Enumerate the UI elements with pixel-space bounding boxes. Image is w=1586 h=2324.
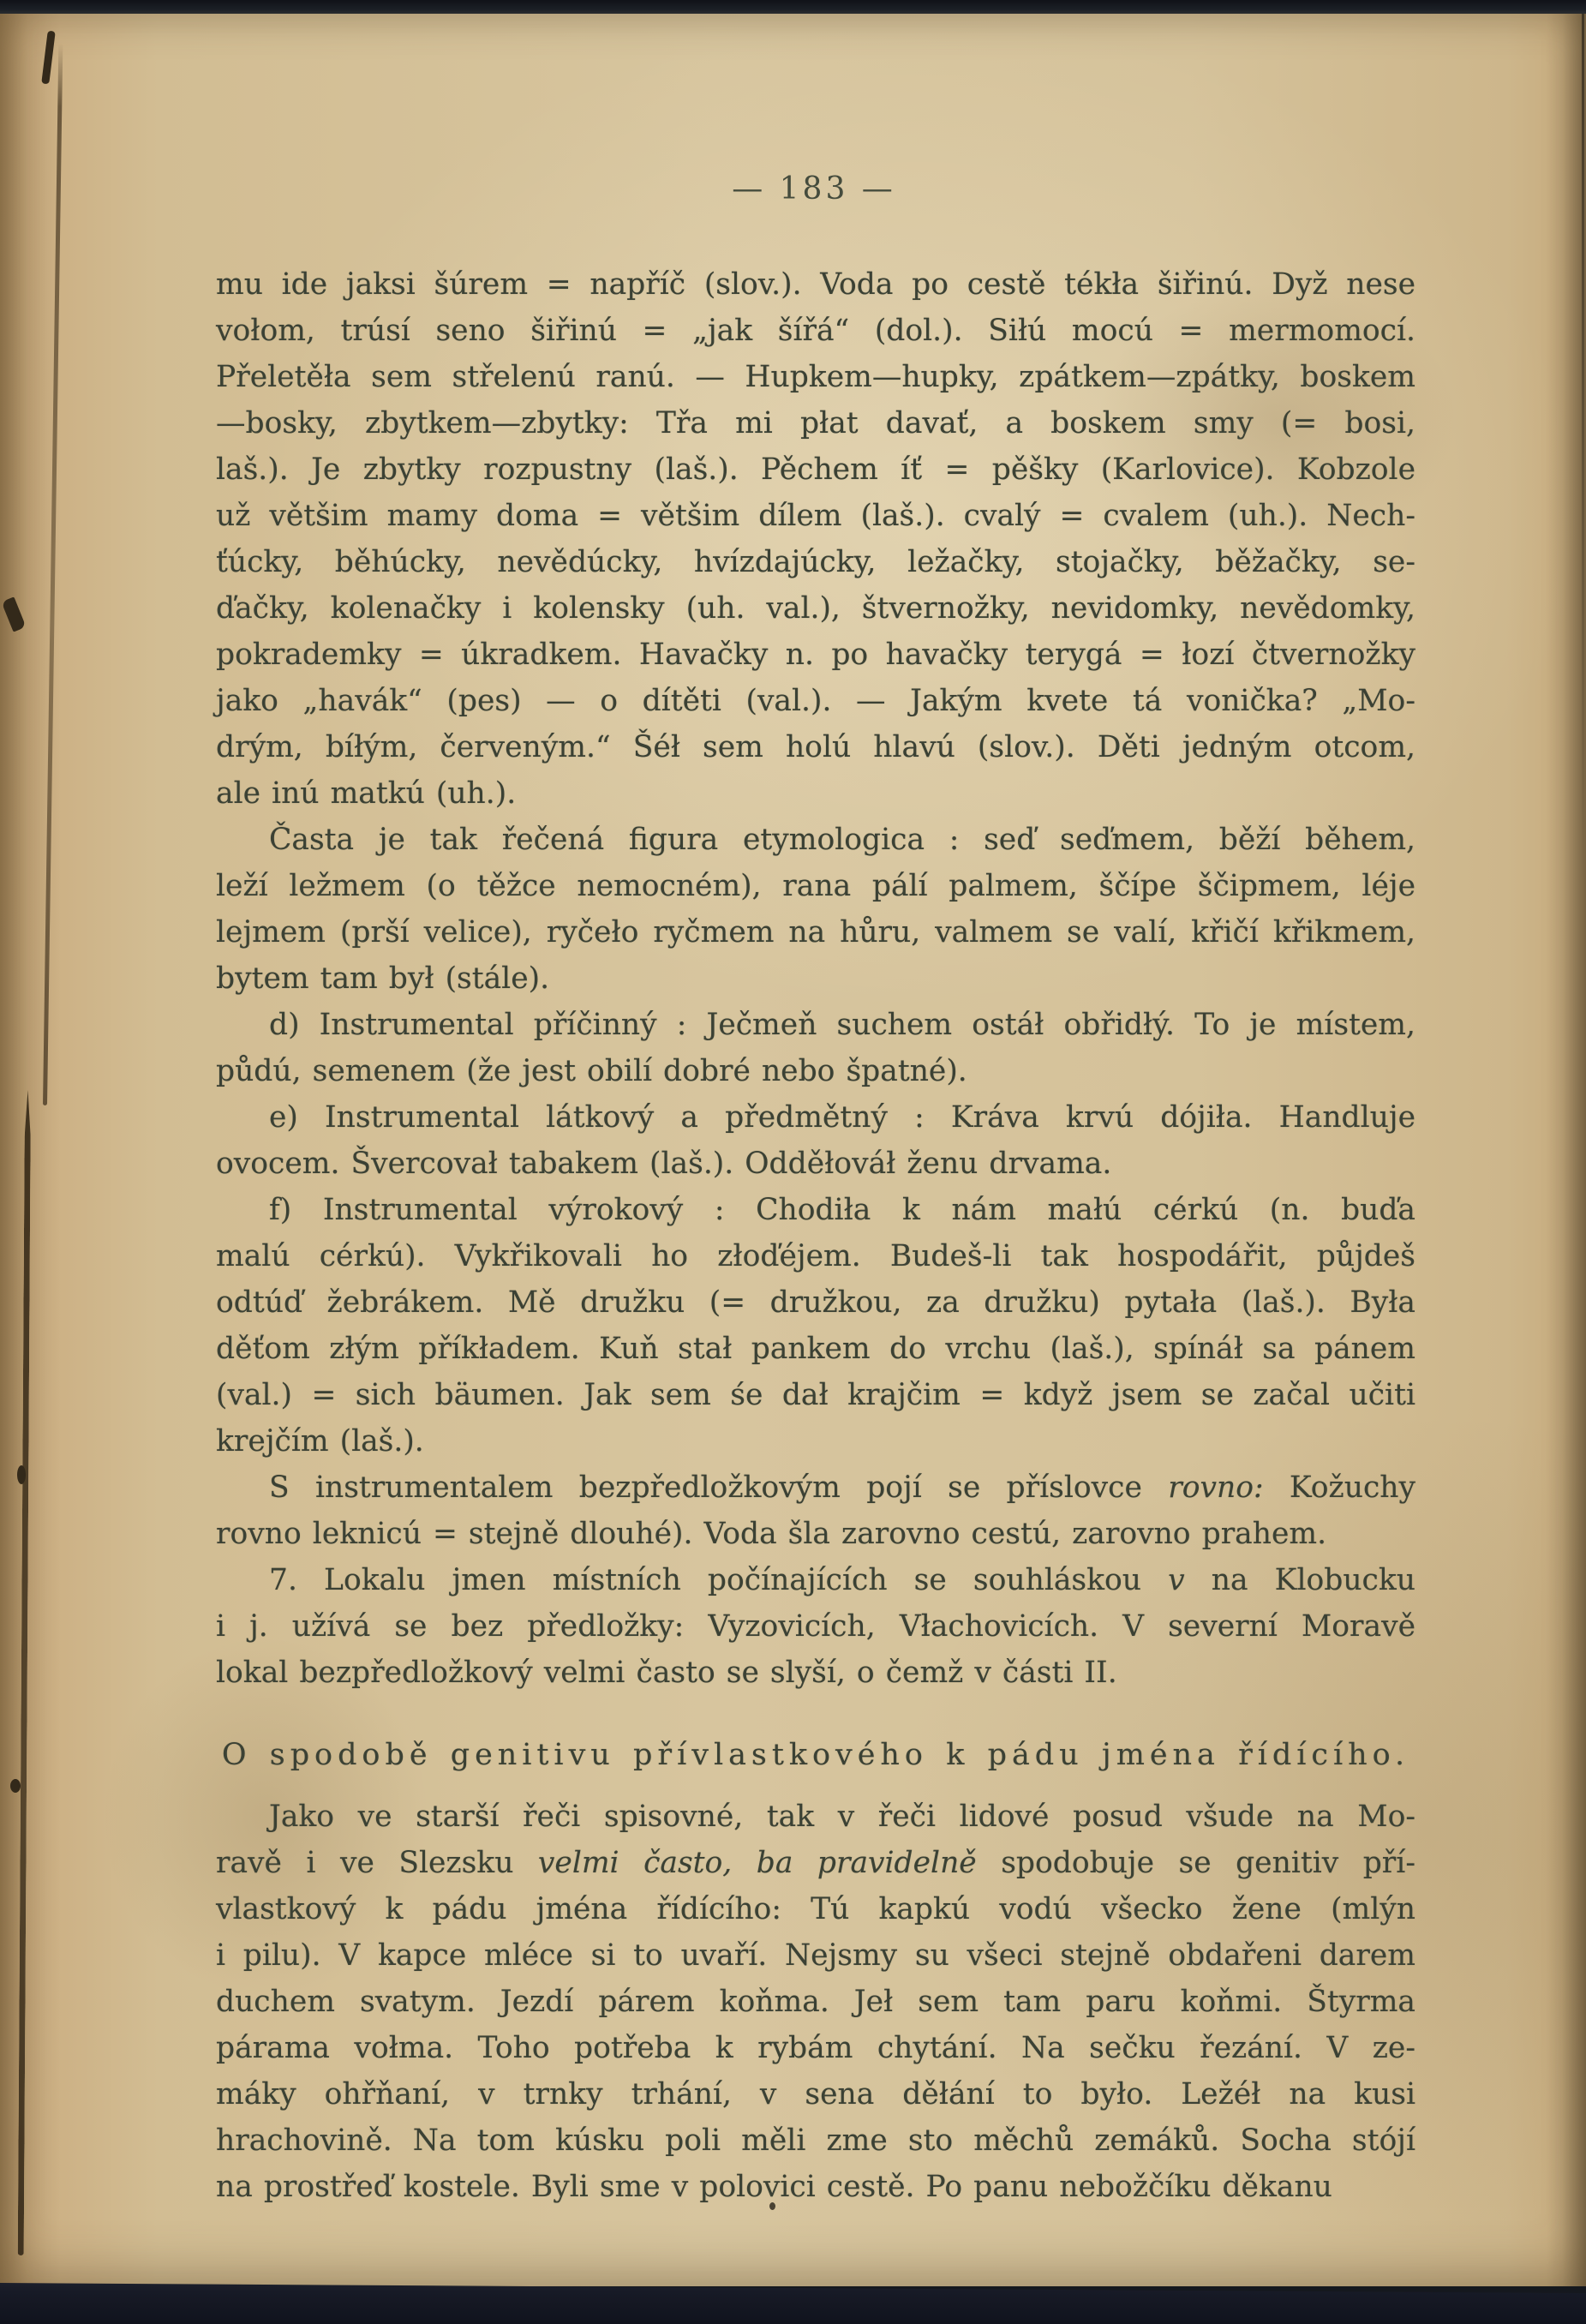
text-line: rovno leknicú = stejně dlouhé). Voda šla…	[216, 1511, 1415, 1557]
text-line: pokrademky = úkradkem. Havačky n. po hav…	[216, 632, 1415, 678]
text-line: ďačky, kolenačky i kolensky (uh. val.), …	[216, 585, 1415, 632]
italic-text: velmi často, ba pravidelně	[538, 1846, 977, 1880]
text-line: laš.). Je zbytky rozpustny (laš.). Pěche…	[216, 446, 1415, 493]
section-heading: O spodobě genitivu přívlastkového k pádu…	[216, 1732, 1415, 1778]
text-line: už většim mamy doma = většim dílem (laš.…	[216, 493, 1415, 539]
text-line: leží ležmem (o těžce nemocném), rana pál…	[216, 863, 1415, 909]
text-line: i pilu). V kapce mléce si to uvaří. Nejs…	[216, 1932, 1415, 1979]
text-line: 7. Lokalu jmen místních počínajících se …	[216, 1557, 1415, 1603]
text-line: Přeletěła sem střelenú ranú. — Hupkem—hu…	[216, 354, 1415, 400]
text-line: párama vołma. Toho potřeba k rybám chytá…	[216, 2025, 1415, 2071]
italic-text: v	[1168, 1563, 1185, 1597]
text-line: hrachovině. Na tom kúsku poli měli zme s…	[216, 2117, 1415, 2164]
text-line: máky ohřňaní, v trnky trhání, v sena děł…	[216, 2071, 1415, 2117]
text-line: drým, bíłým, červeným.“ Šéł sem holú hla…	[216, 724, 1415, 770]
photo-top-border	[0, 0, 1586, 14]
ink-speck	[17, 1465, 26, 1484]
text-line: ovocem. Švercovał tabakem (laš.). Odděło…	[216, 1141, 1415, 1187]
page-right-edge-shadow	[1547, 9, 1586, 2286]
text-line: (val.) = sich bäumen. Jak sem śe dał kra…	[216, 1372, 1415, 1418]
text-line: bytem tam był (stále).	[216, 955, 1415, 1002]
text-line: jako „havák“ (pes) — o dítěti (val.). — …	[216, 678, 1415, 724]
text-line: lejmem (prší velice), ryčeło ryčmem na h…	[216, 909, 1415, 955]
text-line: Jako ve starší řeči spisovné, tak v řeči…	[216, 1794, 1415, 1840]
text-line: i j. užívá se bez předložky: Vyzovicích,…	[216, 1603, 1415, 1650]
book-page: — 183 — mu ide jaksi šúrem = napříč (slo…	[0, 9, 1586, 2286]
text-line: krejčím (laš.).	[216, 1418, 1415, 1464]
text-line: e) Instrumental látkový a předmětný : Kr…	[216, 1094, 1415, 1141]
text-line: lokal bezpředložkový velmi často se slyš…	[216, 1650, 1415, 1696]
text-line: d) Instrumental příčinný : Ječmeň suchem…	[216, 1002, 1415, 1048]
text-line: mu ide jaksi šúrem = napříč (slov.). Vod…	[216, 261, 1415, 308]
text-block: mu ide jaksi šúrem = napříč (slov.). Vod…	[216, 261, 1415, 2210]
text-line: půdú, semenem (že jest obilí dobré nebo …	[216, 1048, 1415, 1094]
text-line: odtúď žebrákem. Mě družku (= družkou, za…	[216, 1279, 1415, 1326]
text-line: malú cérkú). Vykřikovali ho złoďéjem. Bu…	[216, 1233, 1415, 1279]
page-right-edge-line	[1582, 9, 1584, 883]
text-line: ťúcky, běhúcky, nevědúcky, hvízdajúcky, …	[216, 539, 1415, 585]
text-line: vlastkový k pádu jména řídícího: Tú kapk…	[216, 1886, 1415, 1932]
text-line: vołom, trúsí seno šiřinú = „jak šířá“ (d…	[216, 308, 1415, 354]
text-line: duchem svatym. Jezdí párem koňma. Jeł se…	[216, 1979, 1415, 2025]
book-scan-photo: — 183 — mu ide jaksi šúrem = napříč (slo…	[0, 0, 1586, 2324]
text-line: —bosky, zbytkem—zbytky: Třa mi płat dava…	[216, 400, 1415, 446]
text-line: ravě i ve Slezsku velmi často, ba pravid…	[216, 1840, 1415, 1886]
text-line: Časta je tak řečená figura etymologica :…	[216, 817, 1415, 863]
text-line: f) Instrumental výrokový : Chodiła k nám…	[216, 1187, 1415, 1233]
ink-speck	[10, 1779, 21, 1793]
text-line: děťom złým příkładem. Kuň stał pankem do…	[216, 1326, 1415, 1372]
page-number: — 183 —	[214, 171, 1414, 207]
text-line: na prostřeď kostele. Byli sme v polovici…	[216, 2164, 1415, 2210]
text-line: S instrumentalem bezpředložkovým pojí se…	[216, 1464, 1415, 1511]
text-line: ale inú matkú (uh.).	[216, 770, 1415, 817]
italic-text: rovno:	[1168, 1470, 1263, 1505]
